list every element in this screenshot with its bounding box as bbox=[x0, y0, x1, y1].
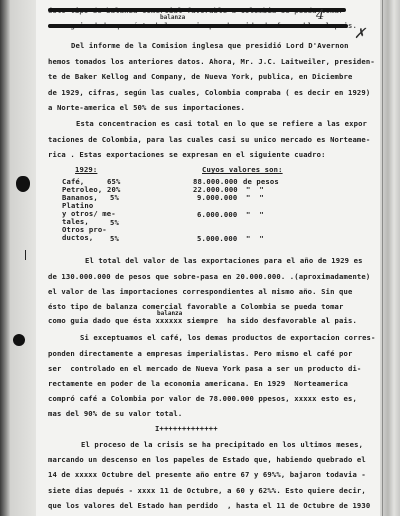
strikethrough-bar bbox=[48, 8, 346, 12]
table-value: 5.000.000 bbox=[197, 234, 237, 243]
paragraph-1-line-2: hemos tomados los anteriores datos. Ahor… bbox=[48, 57, 375, 66]
paragraph-4-line-2: ponden directamente a empresas imperiali… bbox=[48, 349, 352, 358]
scan-right-edge bbox=[380, 0, 400, 516]
paragraph-3-line-1: El total del valor de las exportaciones … bbox=[85, 256, 363, 265]
paragraph-5-line-5: que los valores del Estado han perdido ,… bbox=[48, 501, 370, 510]
paragraph-4-line-4: rectamente en poder de la economia ameri… bbox=[48, 379, 348, 388]
table-pct: 5% bbox=[110, 193, 119, 202]
scan-fold-line bbox=[382, 0, 383, 516]
paragraph-5-line-4: siete dias depués - xxxx 11 de Octubre, … bbox=[48, 486, 366, 495]
paragraph-5-line-3: 14 de xxxxx Octubre del presente año ent… bbox=[48, 470, 366, 479]
table-pct: 5% bbox=[110, 218, 119, 227]
paragraph-1-line-1: Del informe de la Comision inglesa que p… bbox=[71, 41, 349, 50]
paragraph-2-line-2: taciones de Colombia, para las cuales ca… bbox=[48, 135, 370, 144]
table-value: 9.000.000 bbox=[197, 193, 237, 202]
paragraph-4-line-3: ser controlado en el mercado de Nueva Yo… bbox=[48, 364, 361, 373]
punch-hole-icon bbox=[13, 334, 25, 346]
scan-left-edge bbox=[0, 0, 10, 516]
section-separator: I+++++++++++++ bbox=[155, 424, 218, 433]
paragraph-3-line-5: como guia dado que ésta xxxxxx siempre h… bbox=[48, 316, 357, 325]
paragraph-2-line-1: Esta concentracion es casi total en lo q… bbox=[76, 119, 367, 128]
paragraph-3-line-2: de 130.000.000 de pesos que sobre-pasa e… bbox=[48, 272, 370, 281]
paragraph-1-line-5: a Norte-america el 50% de sus importacio… bbox=[48, 103, 245, 112]
handwritten-check-mark: ✗ bbox=[354, 26, 366, 42]
table-unit: " " bbox=[246, 210, 264, 219]
struck-insert: balanza bbox=[160, 14, 185, 21]
table-header-values: Cuyos valores son: bbox=[202, 165, 283, 174]
paragraph-4-line-6: mas del 90% de su valor total. bbox=[48, 409, 182, 418]
table-unit: " " bbox=[246, 193, 264, 202]
table-product: Platino y otros/ me- tales, bbox=[62, 202, 116, 226]
paragraph-1-line-4: de 1929, cifras, según las cuales, Colom… bbox=[48, 88, 370, 97]
paragraph-3-line-4: ésto tipo de balanza comercial favorable… bbox=[48, 302, 344, 311]
table-value: 6.000.000 bbox=[197, 210, 237, 219]
margin-mark bbox=[25, 250, 26, 260]
table-unit: " " bbox=[246, 234, 264, 243]
document-page: ésto tipo de balanza comercial favorable… bbox=[0, 0, 400, 516]
punch-hole-icon bbox=[16, 176, 30, 192]
table-product: Otros pro- ductos, bbox=[62, 226, 107, 242]
table-pct: 5% bbox=[110, 234, 119, 243]
table-header-year: 1929: bbox=[75, 165, 97, 174]
handwritten-number: 4 bbox=[316, 8, 324, 23]
paragraph-2-line-3: rica . Estas exportaciones se expresan e… bbox=[48, 150, 326, 159]
paragraph-3-line-3: el valor de las importaciones correspond… bbox=[48, 287, 352, 296]
paragraph-1-line-3: te de Baker Kellog and Company, de Nueva… bbox=[48, 72, 352, 81]
strikethrough-bar bbox=[48, 24, 348, 28]
paragraph-5-line-1: El proceso de la crisis se ha precipitad… bbox=[81, 440, 363, 449]
binding-margin bbox=[10, 0, 36, 516]
paragraph-4-line-5: compró café a Colombia por valor de 78.0… bbox=[48, 394, 357, 403]
paragraph-5-line-2: marcando un descenso en los papeles de E… bbox=[48, 455, 366, 464]
paragraph-4-line-1: Si exceptuamos el café, los demas produc… bbox=[80, 333, 376, 342]
